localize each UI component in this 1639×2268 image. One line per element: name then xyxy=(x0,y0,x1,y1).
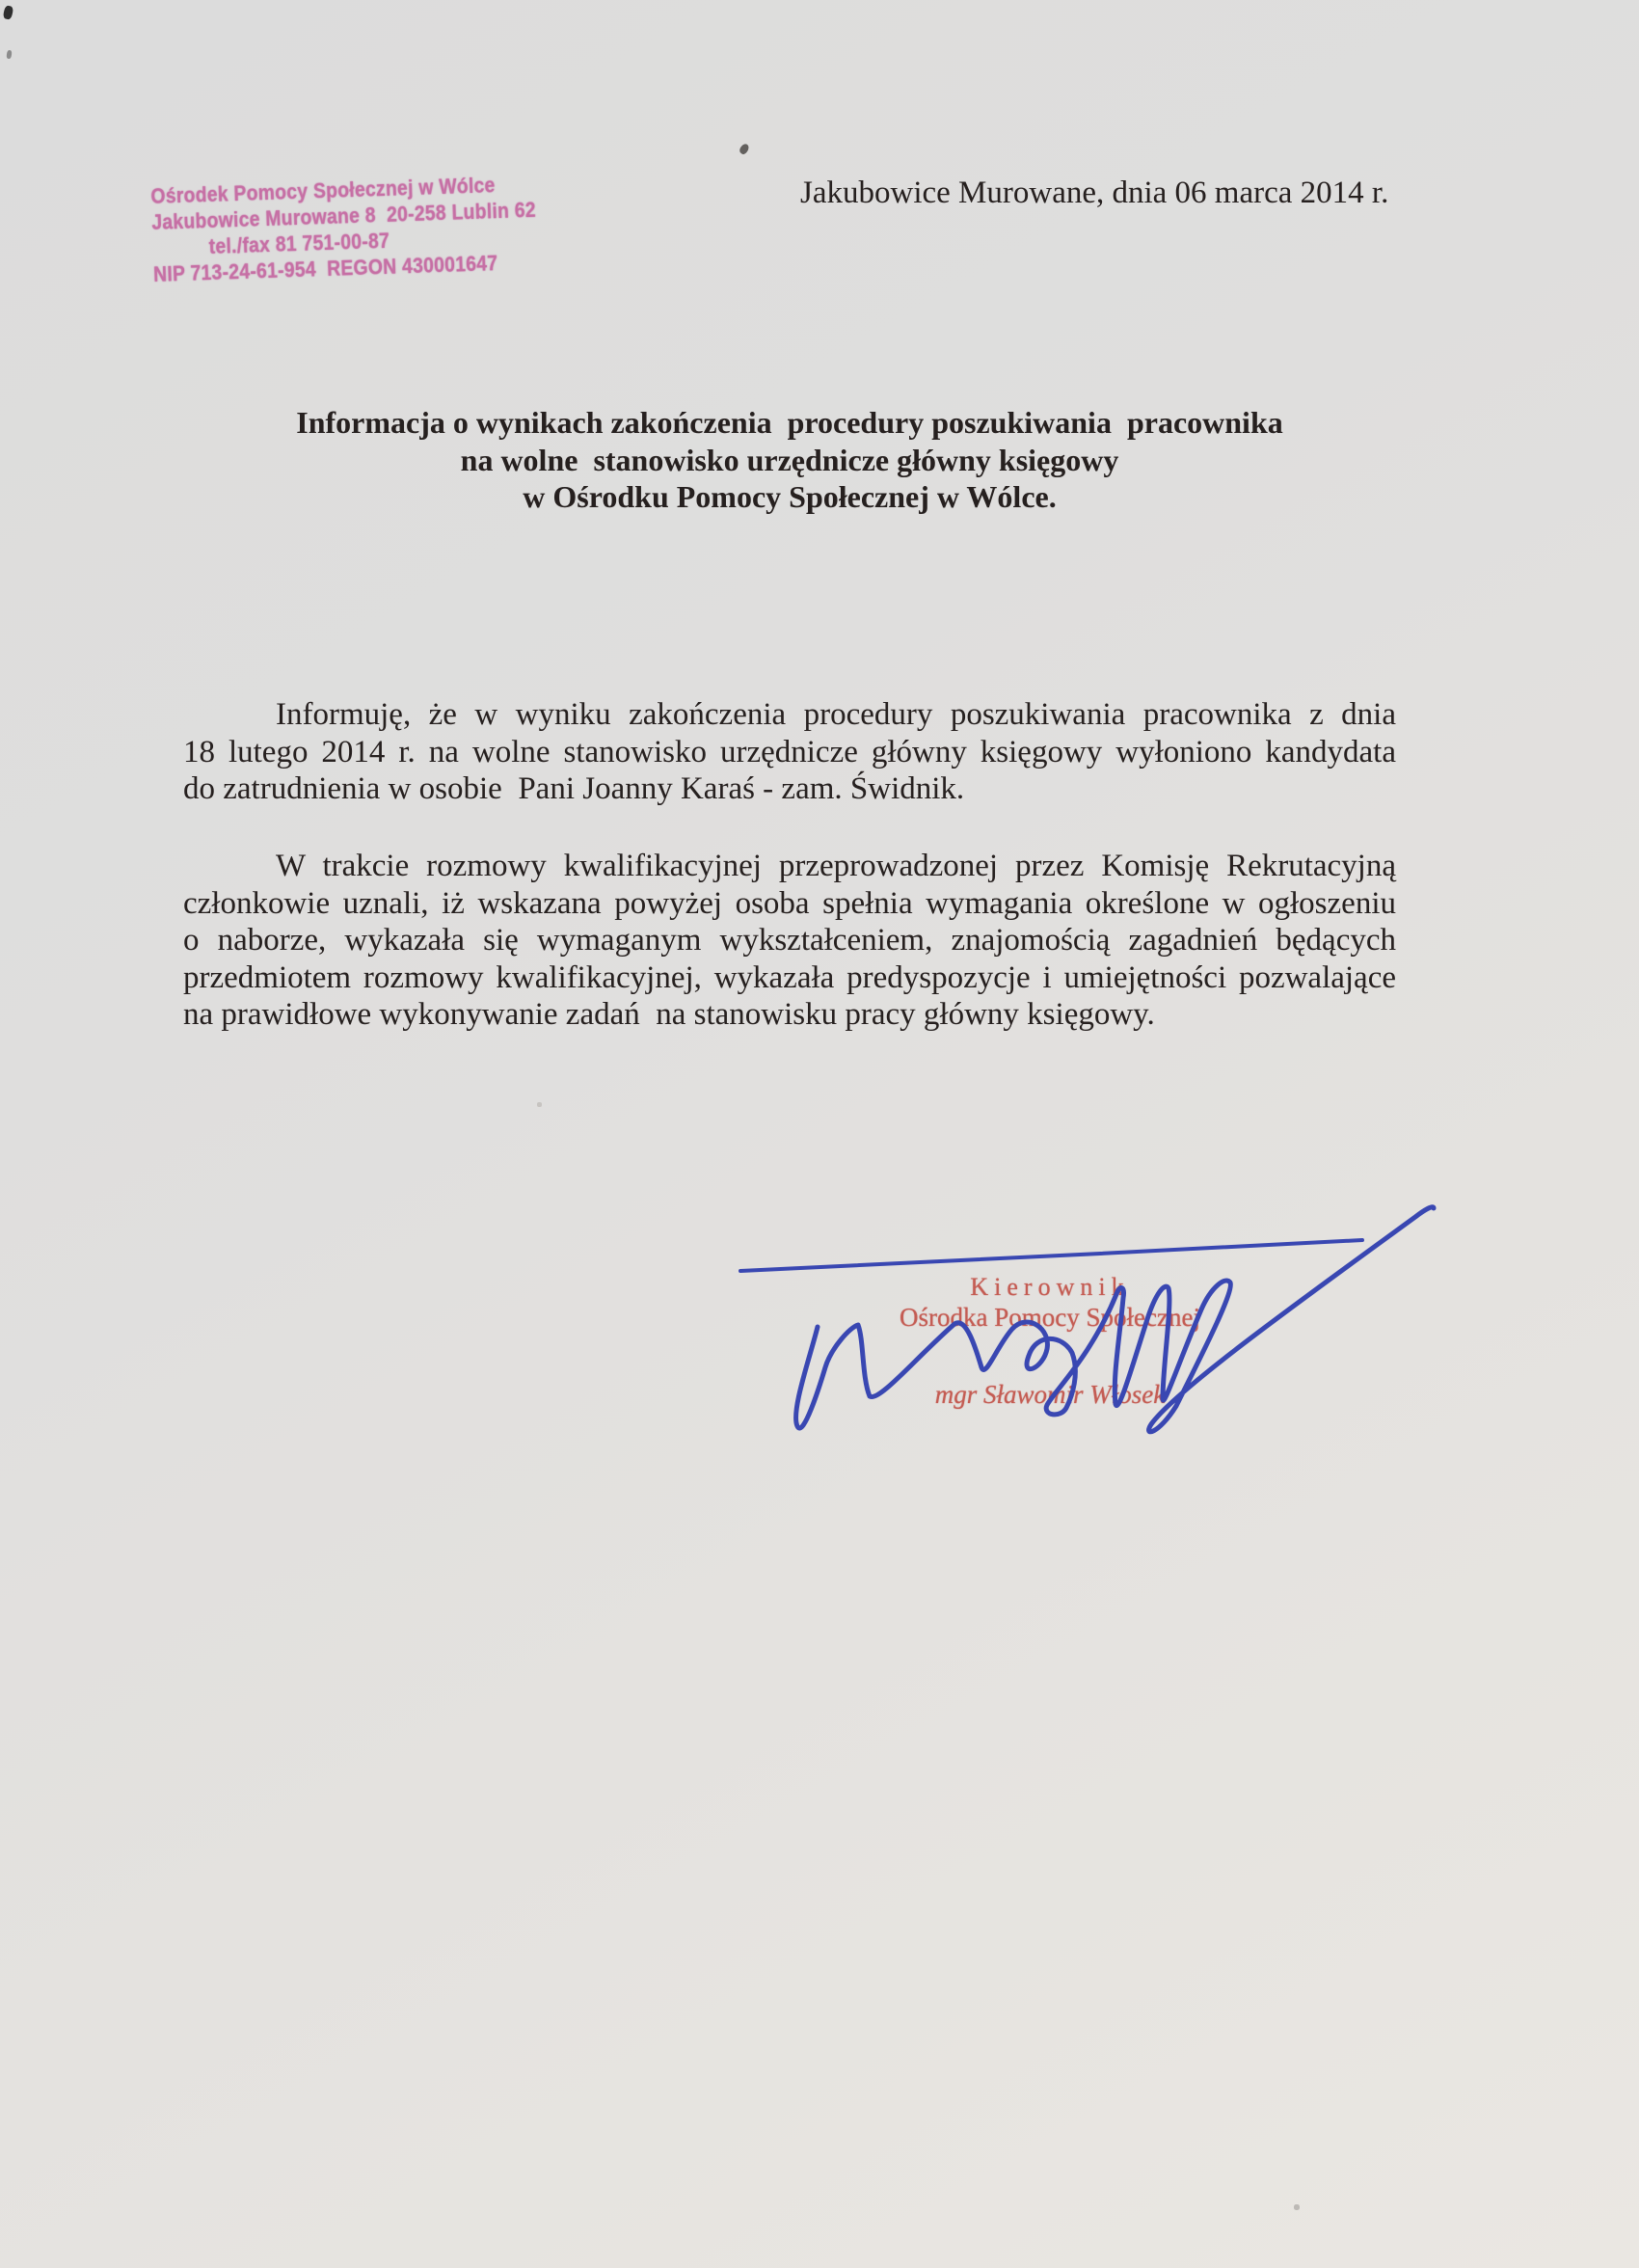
paragraph-1-line: 18 lutego 2014 r. na wolne stanowisko ur… xyxy=(183,734,1396,771)
signature-rule-stroke xyxy=(740,1240,1362,1271)
scan-speck xyxy=(537,1102,542,1107)
title-line-1: Informacja o wynikach zakończenia proced… xyxy=(183,404,1396,442)
scan-speck xyxy=(3,5,14,20)
document-page: Ośrodek Pomocy Społecznej w Wólce Jakubo… xyxy=(0,0,1639,2268)
paragraph-1: Informuję, że w wyniku zakończenia proce… xyxy=(183,696,1396,808)
place-and-date: Jakubowice Murowane, dnia 06 marca 2014 … xyxy=(800,175,1388,211)
paragraph-1-line: do zatrudnienia w osobie Pani Joanny Kar… xyxy=(183,770,1396,808)
scan-speck xyxy=(738,143,750,156)
paragraph-2-line: o naborze, wykazała się wymaganym wykszt… xyxy=(183,922,1396,959)
title-line-3: w Ośrodku Pomocy Społecznej w Wólce. xyxy=(183,478,1396,516)
paragraph-2-line: W trakcie rozmowy kwalifikacyjnej przepr… xyxy=(183,848,1396,885)
paragraph-2-line: na prawidłowe wykonywanie zadań na stano… xyxy=(183,996,1396,1034)
handwritten-signature xyxy=(723,1194,1456,1512)
paragraph-2-line: członkowie uznali, iż wskazana powyżej o… xyxy=(183,885,1396,923)
scan-speck xyxy=(6,50,12,60)
org-address-stamp: Ośrodek Pomocy Społecznej w Wólce Jakubo… xyxy=(150,174,447,287)
title-line-2: na wolne stanowisko urzędnicze główny ks… xyxy=(183,442,1396,479)
paragraph-2-line: przedmiotem rozmowy kwalifikacyjnej, wyk… xyxy=(183,959,1396,997)
scan-speck xyxy=(1294,2204,1300,2210)
paragraph-2: W trakcie rozmowy kwalifikacyjnej przepr… xyxy=(183,848,1396,1034)
paragraph-1-line: Informuję, że w wyniku zakończenia proce… xyxy=(183,696,1396,734)
document-title: Informacja o wynikach zakończenia proced… xyxy=(183,404,1396,516)
